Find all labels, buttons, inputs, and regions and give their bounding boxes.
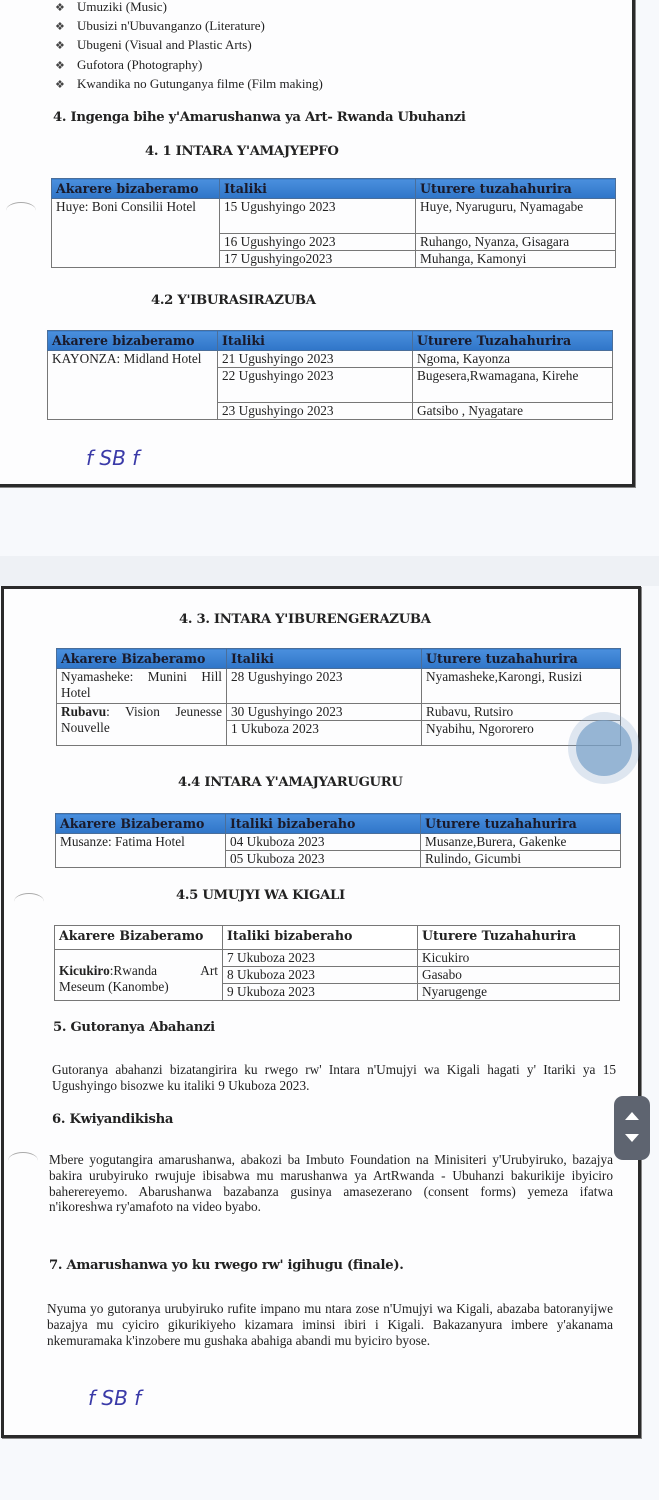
page-curl-mark <box>6 202 36 219</box>
venue-cell: Rubavu: Vision Jeunesse Nouvelle <box>57 704 227 746</box>
section-6-heading: 6. Kwiyandikisha <box>52 1112 173 1127</box>
diamond-bullet-icon: ❖ <box>55 38 77 55</box>
section-4-4-heading: 4.4 INTARA Y'AMAJYARUGURU <box>178 775 403 790</box>
section-5-heading: 5. Gutoranya Abahanzi <box>53 1020 215 1035</box>
page-curl-mark <box>14 893 44 910</box>
table-row: Kicukiro:Rwanda Art Meseum (Kanombe) 7 U… <box>55 950 620 967</box>
section-7-heading: 7. Amarushanwa yo ku rwego rw' igihugu (… <box>49 1258 404 1273</box>
touch-indicator <box>568 712 640 784</box>
scroll-up-icon[interactable] <box>625 1112 639 1120</box>
table-header-row: Akarere bizaberamo Italiki Uturere Tuzah… <box>48 331 613 351</box>
schedule-table-kigali: Akarere Bizaberamo Italiki bizaberaho Ut… <box>54 925 620 1001</box>
venue-cell: KAYONZA: Midland Hotel <box>48 351 218 420</box>
venue-cell: Kicukiro:Rwanda Art Meseum (Kanombe) <box>55 950 223 1001</box>
list-item: ❖Gufotora (Photography) <box>55 56 323 75</box>
list-item: ❖Ubusizi n'Ubuvanganzo (Literature) <box>55 17 323 36</box>
table-row: Huye: Boni Consilii Hotel 15 Ugushyingo … <box>52 199 616 234</box>
list-item: ❖Ubugeni (Visual and Plastic Arts) <box>55 36 323 55</box>
schedule-table-north: Akarere Bizaberamo Italiki bizaberaho Ut… <box>55 813 621 868</box>
section-4-1-heading: 4. 1 INTARA Y'AMAJYEPFO <box>145 144 339 159</box>
table-header-row: Akarere Bizaberamo Italiki Uturere tuzah… <box>57 649 621 669</box>
section-5-body: Gutoranya abahanzi bizatangirira ku rweg… <box>52 1062 616 1094</box>
schedule-table-east: Akarere bizaberamo Italiki Uturere Tuzah… <box>47 330 613 420</box>
schedule-table-south: Akarere bizaberamo Italiki Uturere tuzah… <box>51 178 616 268</box>
art-category-list: ❖Umuziki (Music) ❖Ubusizi n'Ubuvanganzo … <box>55 0 323 94</box>
section-4-2-heading: 4.2 Y'IBURASIRAZUBA <box>151 293 316 308</box>
handwritten-signature: f SB f <box>88 1386 141 1410</box>
section-7-body: Nyuma yo gutoranya urubyiruko rufite imp… <box>47 1301 613 1348</box>
page-separator <box>0 556 659 586</box>
section-4-5-heading: 4.5 UMUJYI WA KIGALI <box>176 888 345 903</box>
list-item: ❖Umuziki (Music) <box>55 0 323 17</box>
scroll-down-icon[interactable] <box>625 1134 639 1142</box>
schedule-table-west: Akarere Bizaberamo Italiki Uturere tuzah… <box>56 648 621 746</box>
table-header-row: Akarere bizaberamo Italiki Uturere tuzah… <box>52 179 616 199</box>
diamond-bullet-icon: ❖ <box>55 19 77 36</box>
section-4-heading: 4. Ingenga bihe y'Amarushanwa ya Art- Rw… <box>53 110 466 125</box>
venue-cell: Nyamasheke: Munini Hill Hotel <box>57 669 227 704</box>
list-item: ❖Kwandika no Gutunganya filme (Film maki… <box>55 75 323 94</box>
table-row: Nyamasheke: Munini Hill Hotel 28 Ugushyi… <box>57 669 621 704</box>
page-navigation-control[interactable] <box>614 1096 650 1160</box>
table-row: Rubavu: Vision Jeunesse Nouvelle 30 Ugus… <box>57 704 621 721</box>
page-curl-mark <box>8 1152 38 1169</box>
handwritten-signature: f SB f <box>86 446 139 470</box>
section-6-body: Mbere yogutangira amarushanwa, abakozi b… <box>49 1152 613 1215</box>
venue-cell: Musanze: Fatima Hotel <box>56 834 226 868</box>
table-row: KAYONZA: Midland Hotel 21 Ugushyingo 202… <box>48 351 613 368</box>
diamond-bullet-icon: ❖ <box>55 0 77 17</box>
table-header-row: Akarere Bizaberamo Italiki bizaberaho Ut… <box>55 926 620 950</box>
table-row: Musanze: Fatima Hotel 04 Ukuboza 2023 Mu… <box>56 834 621 851</box>
diamond-bullet-icon: ❖ <box>55 77 77 94</box>
venue-cell: Huye: Boni Consilii Hotel <box>52 199 220 268</box>
table-header-row: Akarere Bizaberamo Italiki bizaberaho Ut… <box>56 814 621 834</box>
section-4-3-heading: 4. 3. INTARA Y'IBURENGERAZUBA <box>179 612 431 627</box>
diamond-bullet-icon: ❖ <box>55 58 77 75</box>
